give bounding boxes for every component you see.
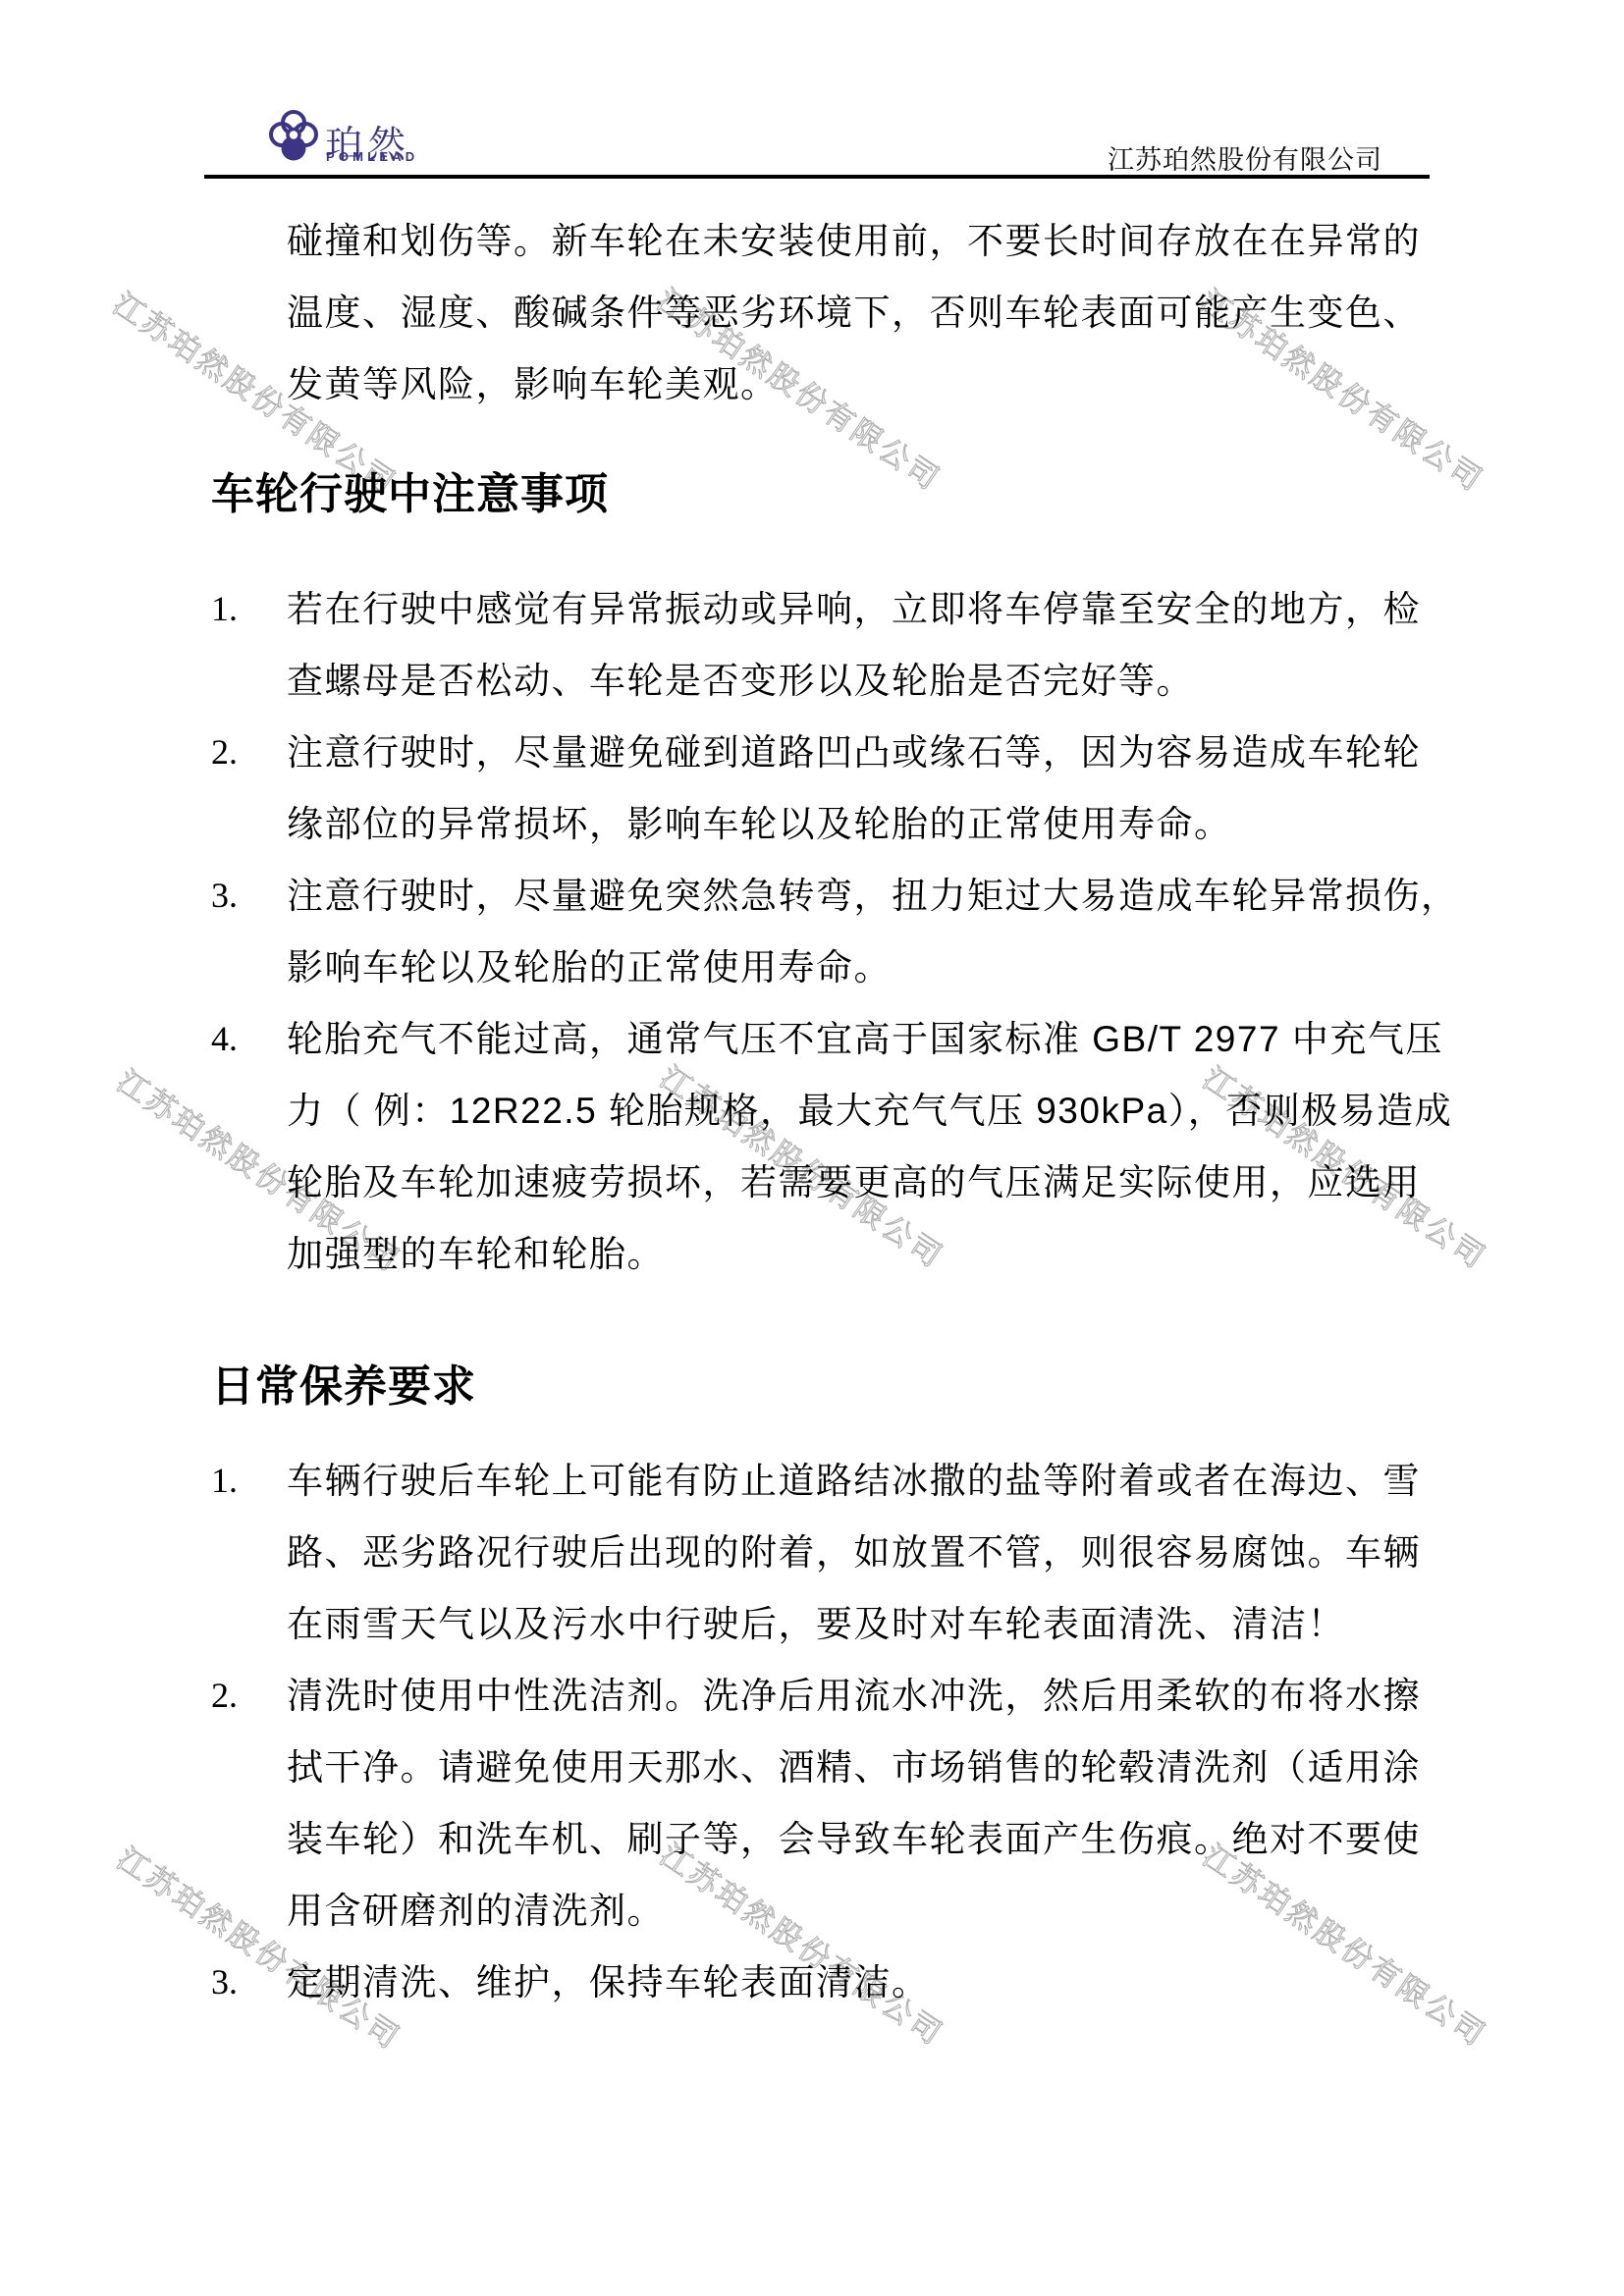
header-company-name: 江苏珀然股份有限公司 — [1108, 138, 1432, 177]
pomlead-logo-icon — [267, 108, 320, 167]
header-divider — [204, 175, 1430, 179]
document-page: { "header": { "logo_zh": "珀然", "logo_en"… — [0, 0, 1624, 2296]
logo-text-en: POMLEAD — [326, 149, 418, 164]
page-header: 珀然 POMLEAD 江苏珀然股份有限公司 — [0, 0, 1624, 2296]
